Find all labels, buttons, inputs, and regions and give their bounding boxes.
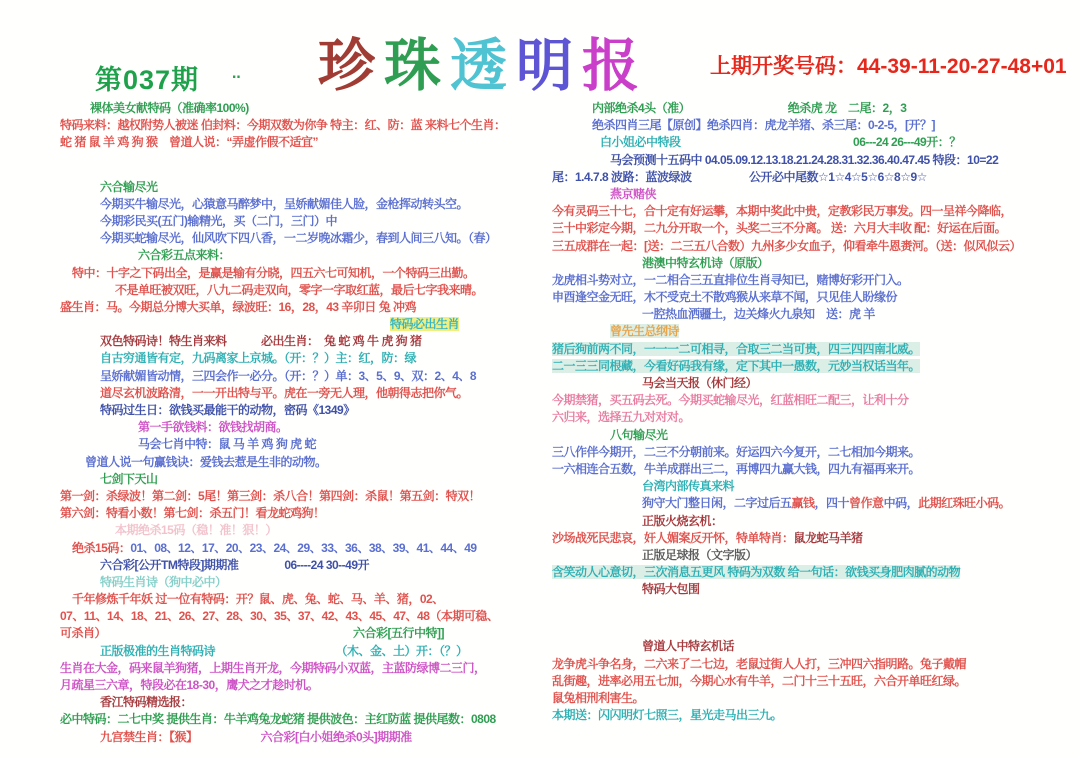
text-segment: 07、11、14、18、21、26、27、28、30、35、37、42、43、4… bbox=[60, 609, 498, 623]
text-line: 裸体美女献特码（准确率100%) bbox=[60, 100, 542, 117]
text-line: 乱街趣，进率必用五七加，今期心水有牛羊，二门十三十五旺，六合开单旺红绿。 bbox=[552, 673, 1076, 690]
text-segment: 盛生肖：马。今期总分博大买单，绿波旺：16，28，43 辛卯日 兔 冲鸡 bbox=[60, 300, 416, 314]
text-line: 今期买牛输尽光，心猿意马醉梦中，呈娇献媚佳人脸，金枪挥动转头空。 bbox=[60, 196, 542, 213]
text-segment: 申酉逢空金无旺，木不受克土不散鸡猴从来草不闻，只见佳人盼缘份 bbox=[552, 290, 897, 304]
page-title: 珍珠透明报 bbox=[318, 20, 648, 102]
text-line: 今有灵码三十七，合十定有好运攀，本期中奖此中贵，定教彩民万事发。四一呈祥今降临， bbox=[552, 203, 1076, 220]
text-line: 一腔热血洒疆土，边关烽火九泉知 送：虎 羊 bbox=[552, 306, 1076, 323]
text-line: 二一三三同根藏，今看好码我有缘，定下其中一愚数，元妙当权话当年。 bbox=[552, 358, 1076, 375]
text-segment: 赢钱 bbox=[792, 496, 815, 510]
text-line: 九宫禁生肖：【猴】 六合彩[白小姐绝杀0头]期期准 bbox=[60, 729, 542, 746]
text-line: 含笑动人心意切，三次消息五更风 特码为双数 给一句话：欲钱买身肥肉腻的动物 bbox=[552, 564, 1076, 581]
text-segment: 六归来，选择五九对对对。 bbox=[552, 410, 690, 424]
text-segment: 曾作意 bbox=[849, 496, 884, 510]
text-line: 今期买蛇输尽光，仙风吹下四八香，一二岁晚冰霜少，春到人间三八知。（春） bbox=[60, 230, 542, 247]
text-segment: 马会七肖中特：鼠 马 羊 鸡 狗 虎 蛇 bbox=[138, 437, 316, 451]
text-segment: 中码， bbox=[884, 496, 919, 510]
text-segment: 一六相连合五数，牛羊成群出三二，再博四九赢大钱，四九有福再来开。 bbox=[552, 462, 920, 476]
text-line: 蛇 猪 鼠 羊 鸡 狗 猴 曾道人说：“弄虚作假不适宜” bbox=[60, 134, 542, 151]
text-line: 六合彩[公开TM特段]期期准 06----24 30--49开 bbox=[60, 557, 542, 574]
text-segment: 自古穷通皆有定，九码离家上京城。（开：？）主：红，防：绿 bbox=[100, 351, 416, 365]
text-line: 七剑下天山 bbox=[60, 471, 542, 488]
text-segment: 本期送：闪闪明灯七照三，星光走马出三九。 bbox=[552, 708, 782, 722]
text-line: 申酉逢空金无旺，木不受克土不散鸡猴从来草不闻，只见佳人盼缘份 bbox=[552, 289, 1076, 306]
text-segment: （木、金、土）开：（？） bbox=[215, 644, 468, 658]
text-line: 特码必出生肖 bbox=[60, 316, 542, 333]
text-segment: 尾：1.4.7.8 波路：蓝波绿波 bbox=[552, 170, 692, 184]
text-line: 正版火烧玄机： bbox=[552, 513, 1076, 530]
text-segment: 双色特码诗！特生肖来料 必出生肖： 兔 蛇 鸡 牛 虎 狗 猪 bbox=[100, 334, 422, 348]
text-segment: 马会当天报（休门经） bbox=[642, 376, 757, 390]
text-line: 今期彩民买(五门)输精光，买（二门，三门）中 bbox=[60, 213, 542, 230]
text-line: 正版极准的生肖特码诗 （木、金、土）开：（？） bbox=[60, 643, 542, 660]
text-line: 鼠兔相刑利害生。 bbox=[552, 690, 1076, 707]
text-line: 香江特码精选报： bbox=[60, 694, 542, 711]
text-segment: 特中：十字之下码出全，是赢是输有分晓，四五六七可知机，一个特码三出勤。 bbox=[72, 266, 475, 280]
text-segment: 鼠龙蛇马羊猪 bbox=[794, 531, 863, 545]
text-line: 特码生肖诗（狗中必中） bbox=[60, 574, 542, 591]
text-segment: 蛇 猪 鼠 羊 鸡 狗 猴 曾道人说：“弄虚作假不适宜” bbox=[60, 135, 318, 149]
text-segment: 特码生肖诗（狗中必中） bbox=[100, 575, 227, 589]
text-line: 燕京赌侠 bbox=[552, 186, 1076, 203]
text-line: 第一手欲钱料：欲钱找胡商。 bbox=[60, 419, 542, 436]
text-segment: 道尽玄机波路清，一一开出特与平。虎在一旁无人理，他朝得志把你气。 bbox=[100, 386, 468, 400]
text-segment: 今期买牛输尽光，心猿意马醉梦中，呈娇献媚佳人脸，金枪挥动转头空。 bbox=[100, 197, 468, 211]
text-line: 正版足球报（文字版） bbox=[552, 547, 1076, 564]
text-segment: 第六剑：特看小数！第七剑：杀五门！看龙蛇鸡狗！ bbox=[60, 506, 325, 520]
text-segment: 第一手欲钱料：欲钱找胡商。 bbox=[138, 420, 288, 434]
text-segment: 乱街趣，进率必用五七加，今期心水有牛羊，二门十三十五旺，六合开单旺红绿。 bbox=[552, 674, 966, 688]
text-segment: 特码过生日：欲钱买最能干的动物，密码《1349》 bbox=[100, 403, 355, 417]
text-line: 千年修炼千年妖 过一位有特码：开？鼠、虎、兔、蛇、马、羊、猪，02、 bbox=[60, 591, 542, 608]
text-segment: 月疏星三六章，特段必在18-30，鹰犬之才趁时机。 bbox=[60, 678, 318, 692]
text-segment: 生肖在大金，码来鼠羊狗猪，上期生肖开龙，今期特码小双蓝，主蓝防绿博二三门， bbox=[60, 661, 486, 675]
text-segment: 06---24 26---49开：？ bbox=[681, 135, 961, 149]
text-segment: 必中特码：二七中奖 提供生肖：牛羊鸡兔龙蛇猪 提供波色：主红防蓝 提供尾数：08… bbox=[60, 712, 496, 726]
text-line: 马会当天报（休门经） bbox=[552, 375, 1076, 392]
right-column: 内部绝杀4头（准） 绝杀虎 龙 二尾：2，3绝杀四肖三尾【原创】绝杀四肖：虎龙羊… bbox=[552, 100, 1076, 724]
title-character: 珠 bbox=[384, 35, 450, 98]
text-line: 生肖在大金，码来鼠羊狗猪，上期生肖开龙，今期特码小双蓝，主蓝防绿博二三门， bbox=[60, 660, 542, 677]
text-line: 沙场战死民悲哀，奸人媚案反开怀，特单特肖：鼠龙蛇马羊猪 bbox=[552, 530, 1076, 547]
text-line: 特码大包围 bbox=[552, 581, 1076, 598]
text-line: 曾道人中特玄机话 bbox=[552, 638, 1076, 655]
text-line: 道尽玄机波路清，一一开出特与平。虎在一旁无人理，他朝得志把你气。 bbox=[60, 385, 542, 402]
title-character: 报 bbox=[582, 35, 648, 98]
text-segment: 此期红珠旺小码。 bbox=[918, 496, 1010, 510]
text-segment: 白小姐必中特段 bbox=[600, 135, 681, 149]
text-segment: 八句输尽光 bbox=[610, 428, 668, 442]
text-line: 绝杀15码：01、08、12、17、20、23、24、29、33、36、38、3… bbox=[60, 540, 542, 557]
text-line: 本期送：闪闪明灯七照三，星光走马出三九。 bbox=[552, 707, 1076, 724]
text-line: 月疏星三六章，特段必在18-30，鹰犬之才趁时机。 bbox=[60, 677, 542, 694]
text-line: 双色特码诗！特生肖来料 必出生肖： 兔 蛇 鸡 牛 虎 狗 猪 bbox=[60, 333, 542, 350]
text-line: 特码过生日：欲钱买最能干的动物，密码《1349》 bbox=[60, 402, 542, 419]
text-segment: 猪后狗前两不同，一一一二可相寻，合取三二当可贵，四三四四南北威。 bbox=[552, 342, 920, 356]
text-segment: 特码必出生肖 bbox=[390, 317, 459, 331]
text-line: 台湾内部传真来料 bbox=[552, 478, 1076, 495]
text-segment: 千年修炼千年妖 过一位有特码：开？鼠、虎、兔、蛇、马、羊、猪，02、 bbox=[72, 592, 444, 606]
text-segment: 燕京赌侠 bbox=[610, 187, 656, 201]
text-line: 不是单旺被双旺，八九二码走双向，零字一字取红蓝，最后七字我来晴。 bbox=[60, 282, 542, 299]
text-line: 第一剑：杀绿波！第二剑：5尾！第三剑：杀八合！第四剑：杀鼠！第五剑：特双！ bbox=[60, 488, 542, 505]
text-segment: 今期买蛇输尽光，仙风吹下四八香，一二岁晚冰霜少，春到人间三八知。（春） bbox=[100, 231, 497, 245]
text-segment: 港澳中特玄机诗（原版） bbox=[642, 256, 769, 270]
text-segment: 公开必中尾数☆1☆4☆5☆6☆8☆9☆ bbox=[692, 170, 927, 184]
text-line: 呈娇献媚皆动情，三四会作一必分。（开：？）单：3、5、9、双：2、4、8 bbox=[60, 368, 542, 385]
text-line: 八句输尽光 bbox=[552, 427, 1076, 444]
text-segment: 曾道人中特玄机话 bbox=[642, 639, 734, 653]
text-line: 三十中彩定今期，二九分开取一个，头奖二三不分离。 送：六月大丰收 配：好运在后面… bbox=[552, 220, 1076, 237]
text-segment: 六合彩[白小姐绝杀0头]期期准 bbox=[192, 730, 412, 744]
text-segment: 本期绝杀15码（稳！准！狠！） bbox=[115, 523, 277, 537]
text-line: 特码来料：越权附势人被迷 伯封料：今期双数为你争 特主：红、防：蓝 来料七个生肖… bbox=[60, 117, 542, 134]
text-line: 白小姐必中特段 06---24 26---49开：？ bbox=[552, 134, 1076, 151]
text-segment: 正版足球报（文字版） bbox=[642, 548, 757, 562]
text-segment: 今期禁猪，买五码去死。今期买蛇输尽光，红蓝相旺二配三，让利十分 bbox=[552, 393, 909, 407]
text-line: 必中特码：二七中奖 提供生肖：牛羊鸡兔龙蛇猪 提供波色：主红防蓝 提供尾数：08… bbox=[60, 711, 542, 728]
text-line: 内部绝杀4头（准） 绝杀虎 龙 二尾：2，3 bbox=[552, 100, 1076, 117]
text-segment: 狗守大门整日闲，二字过后五 bbox=[642, 496, 792, 510]
text-segment: 正版极准的生肖特码诗 bbox=[100, 644, 215, 658]
text-segment: 绝杀15码： bbox=[72, 541, 130, 555]
text-segment: 含笑动人心意切，三次消息五更风 特码为双数 给一句话：欲钱买身肥肉腻的动物 bbox=[552, 565, 960, 579]
text-segment: 鼠兔相刑利害生。 bbox=[552, 691, 644, 705]
text-segment: 今期彩民买(五门)输精光，买（二门，三门）中 bbox=[100, 214, 337, 228]
left-column: 裸体美女献特码（准确率100%)特码来料：越权附势人被迷 伯封料：今期双数为你争… bbox=[60, 100, 542, 746]
text-segment: 今有灵码三十七，合十定有好运攀，本期中奖此中贵，定教彩民万事发。四一呈祥今降临， bbox=[552, 204, 1012, 218]
text-line: 六合输尽光 bbox=[60, 179, 542, 196]
text-segment: 呈娇献媚皆动情，三四会作一必分。（开：？）单：3、5、9、双：2、4、8 bbox=[100, 369, 476, 383]
text-line: 可杀肖） 六合彩[五行中特]] bbox=[60, 625, 542, 642]
text-segment: ，四十 bbox=[815, 496, 850, 510]
print-artifact-dots: ‥ bbox=[232, 66, 245, 82]
text-segment: 龙虎相斗势对立，一二相合三五直排位生肖寻知已，赌博好彩开门入。 bbox=[552, 273, 909, 287]
text-segment: 特码来料：越权附势人被迷 伯封料：今期双数为你争 特主：红、防：蓝 来料七个生肖… bbox=[60, 118, 506, 132]
title-character: 透 bbox=[450, 35, 516, 98]
text-segment: 特码大包围 bbox=[642, 582, 700, 596]
text-line: 港澳中特玄机诗（原版） bbox=[552, 255, 1076, 272]
text-line: 自古穷通皆有定，九码离家上京城。（开：？）主：红，防：绿 bbox=[60, 350, 542, 367]
text-segment: 第一剑：杀绿波！第二剑：5尾！第三剑：杀八合！第四剑：杀鼠！第五剑：特双！ bbox=[60, 489, 480, 503]
text-segment: 三十中彩定今期，二九分开取一个，头奖二三不分离。 送：六月大丰收 配：好运在后面… bbox=[552, 221, 1006, 235]
text-segment: 内部绝杀4头（准） bbox=[592, 101, 684, 115]
text-segment: 龙争虎斗争名身，二六来了二七边，老鼠过街人人打，三冲四六指明路。兔子戴帽 bbox=[552, 657, 966, 671]
text-segment: 曾先生总纲诗 bbox=[610, 324, 679, 338]
text-segment: 正版火烧玄机： bbox=[642, 514, 723, 528]
text-segment: 香江特码精选报： bbox=[100, 695, 192, 709]
text-line: 尾：1.4.7.8 波路：蓝波绿波 公开必中尾数☆1☆4☆5☆6☆8☆9☆ bbox=[552, 169, 1076, 186]
newspaper-page: 第037期 ‥ 珍珠透明报 上期开奖号码：44-39-11-20-27-48+0… bbox=[0, 0, 1080, 758]
text-line: 龙争虎斗争名身，二六来了二七边，老鼠过街人人打，三冲四六指明路。兔子戴帽 bbox=[552, 656, 1076, 673]
text-segment: 曾道人说一句赢钱诀：爱钱去惹是生非的动物。 bbox=[85, 455, 327, 469]
text-segment: 不是单旺被双旺，八九二码走双向，零字一字取红蓝，最后七字我来晴。 bbox=[115, 283, 483, 297]
text-segment: 裸体美女献特码（准确率100%) bbox=[90, 101, 249, 115]
title-character: 明 bbox=[516, 35, 582, 98]
text-segment: 绝杀四肖三尾【原创】绝杀四肖：虎龙羊猪、杀三尾：0-2-5，[开？] bbox=[592, 118, 935, 132]
text-line: 绝杀四肖三尾【原创】绝杀四肖：虎龙羊猪、杀三尾：0-2-5，[开？] bbox=[552, 117, 1076, 134]
issue-number: 第037期 bbox=[95, 58, 199, 97]
text-line: 三八作伴今期开，二三不分朝前来。好运四六今复开，二七相加今期来。 bbox=[552, 444, 1076, 461]
text-line: 狗守大门整日闲，二字过后五赢钱，四十曾作意中码，此期红珠旺小码。 bbox=[552, 495, 1076, 512]
text-segment: 台湾内部传真来料 bbox=[642, 479, 734, 493]
text-line: 猪后狗前两不同，一一一二可相寻，合取三二当可贵，四三四四南北威。 bbox=[552, 341, 1076, 358]
text-line: 马会七肖中特：鼠 马 羊 鸡 狗 虎 蛇 bbox=[60, 436, 542, 453]
text-segment: 七剑下天山 bbox=[100, 472, 158, 486]
text-line: 六合彩五点来料： bbox=[60, 247, 542, 264]
text-segment: 二一三三同根藏，今看好码我有缘，定下其中一愚数，元妙当权话当年。 bbox=[552, 359, 920, 373]
text-line: 龙虎相斗势对立，一二相合三五直排位生肖寻知已，赌博好彩开门入。 bbox=[552, 272, 1076, 289]
text-segment: 六合彩[公开TM特段]期期准 06----24 30--49开 bbox=[100, 558, 369, 572]
text-line: 三五成群在一起：[送：二三五八合数）九州多少女血子，仰看牵牛恩赉河。（送：似风似… bbox=[552, 238, 1076, 255]
text-segment: 九宫禁生肖：【猴】 bbox=[100, 730, 192, 744]
text-segment: 可杀肖） bbox=[60, 626, 100, 640]
text-segment: 六合彩五点来料： bbox=[138, 248, 230, 262]
text-line: 六归来，选择五九对对对。 bbox=[552, 409, 1076, 426]
text-line: 07、11、14、18、21、26、27、28、30、35、37、42、43、4… bbox=[60, 608, 542, 625]
text-segment: 01、08、12、17、20、23、24、29、33、36、38、39、41、4… bbox=[130, 541, 476, 555]
text-line: 盛生肖：马。今期总分博大买单，绿波旺：16，28，43 辛卯日 兔 冲鸡 bbox=[60, 299, 542, 316]
text-segment: 三八作伴今期开，二三不分朝前来。好运四六今复开，二七相加今期来。 bbox=[552, 445, 920, 459]
text-segment: 六合输尽光 bbox=[100, 180, 158, 194]
text-line: 第六剑：特看小数！第七剑：杀五门！看龙蛇鸡狗！ bbox=[60, 505, 542, 522]
text-line: 曾先生总纲诗 bbox=[552, 323, 1076, 340]
text-line: 一六相连合五数，牛羊成群出三二，再博四九赢大钱，四九有福再来开。 bbox=[552, 461, 1076, 478]
last-draw-numbers: 上期开奖号码：44-39-11-20-27-48+01 bbox=[710, 50, 1067, 80]
text-segment: 三五成群在一起：[送：二三五八合数）九州多少女血子，仰看牵牛恩赉河。（送：似风似… bbox=[552, 239, 1021, 253]
text-segment: 沙场战死民悲哀，奸人媚案反开怀，特单特肖： bbox=[552, 531, 794, 545]
text-segment: 一腔热血洒疆土，边关烽火九泉知 送：虎 羊 bbox=[642, 307, 875, 321]
text-line: 特中：十字之下码出全，是赢是输有分晓，四五六七可知机，一个特码三出勤。 bbox=[60, 265, 542, 282]
text-segment: 六合彩[五行中特]] bbox=[100, 626, 444, 640]
text-line: 曾道人说一句赢钱诀：爱钱去惹是生非的动物。 bbox=[60, 454, 542, 471]
text-segment: 绝杀虎 龙 二尾：2，3 bbox=[684, 101, 906, 115]
title-character: 珍 bbox=[318, 35, 384, 98]
text-line: 今期禁猪，买五码去死。今期买蛇输尽光，红蓝相旺二配三，让利十分 bbox=[552, 392, 1076, 409]
text-line: 本期绝杀15码（稳！准！狠！） bbox=[60, 522, 542, 539]
text-segment: 马会预测十五码中 04.05.09.12.13.18.21.24.28.31.3… bbox=[610, 153, 998, 167]
text-line: 马会预测十五码中 04.05.09.12.13.18.21.24.28.31.3… bbox=[552, 152, 1076, 169]
